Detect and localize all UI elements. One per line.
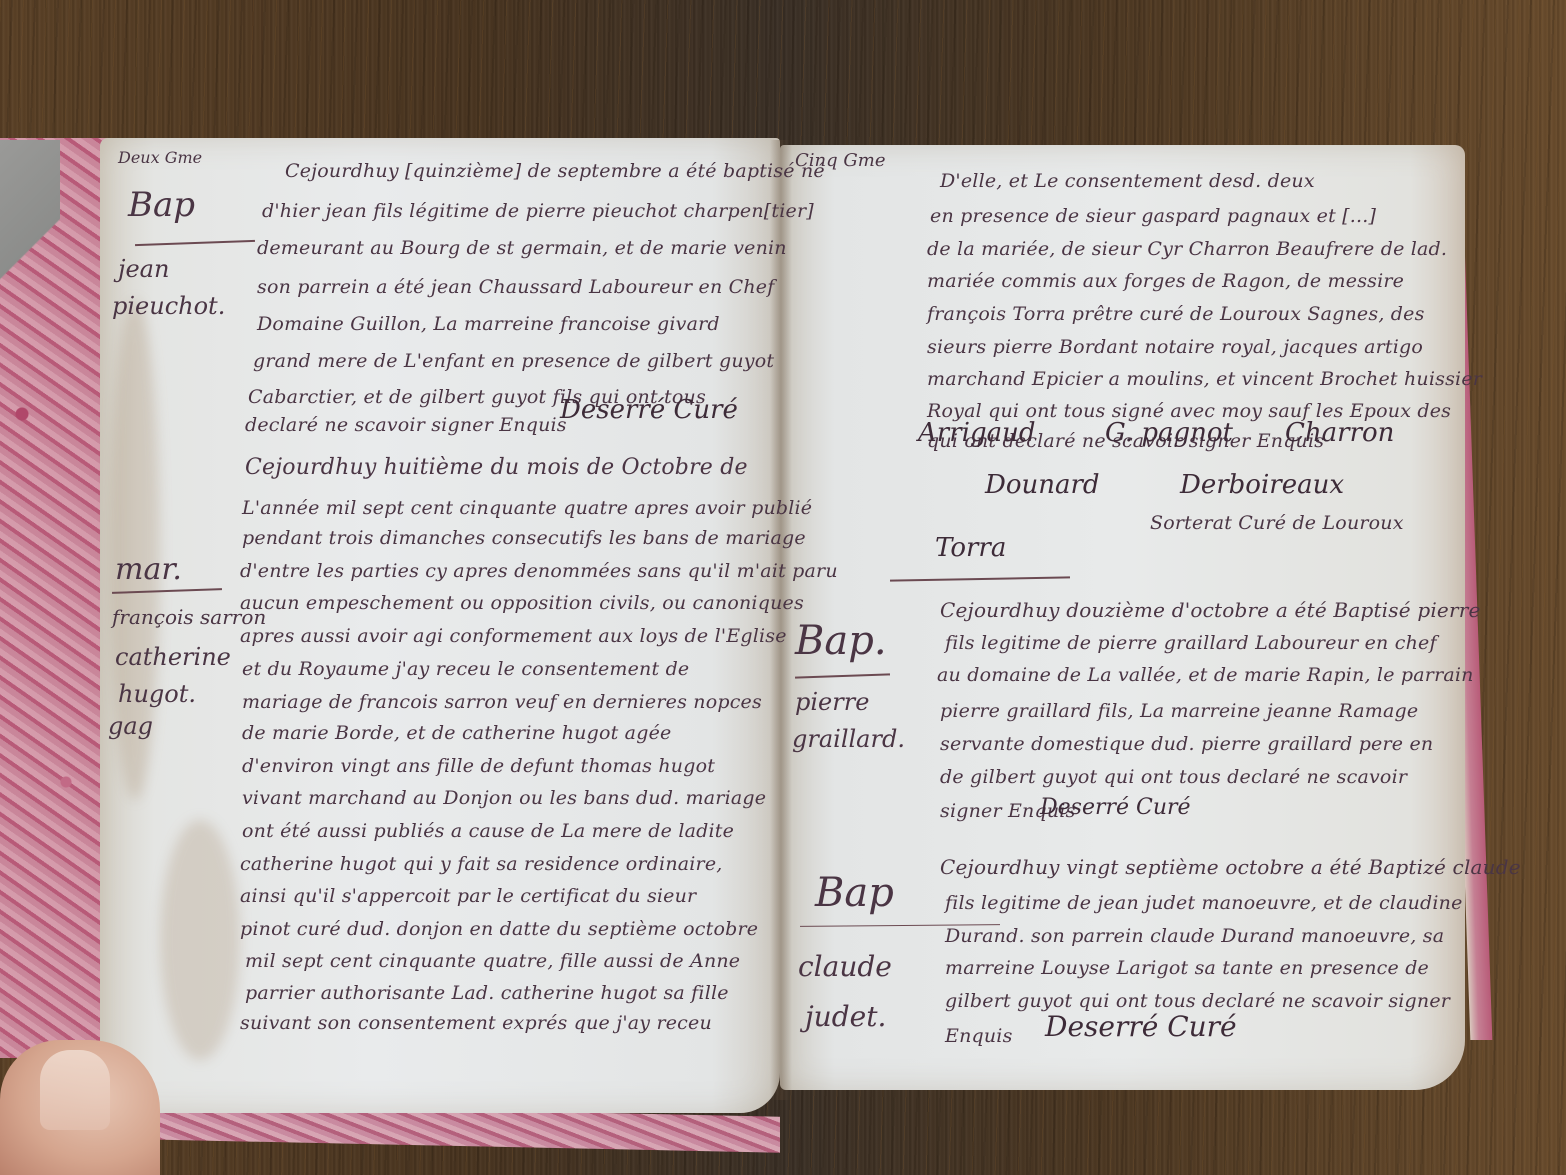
margin-name: pierre bbox=[795, 688, 869, 716]
text-line: en presence de sieur gaspard pagnaux et … bbox=[930, 205, 1376, 227]
margin-name: hugot. bbox=[118, 680, 196, 708]
text-line: d'environ vingt ans fille de defunt thom… bbox=[242, 755, 715, 777]
margin-bap: Bap. bbox=[795, 618, 887, 664]
signature: Torra bbox=[935, 533, 1006, 563]
text-line: fils legitime de jean judet manoeuvre, e… bbox=[945, 892, 1463, 914]
text-line: catherine hugot qui y fait sa residence … bbox=[240, 853, 723, 875]
margin-name: pieuchot. bbox=[112, 292, 225, 320]
margin-name: claude bbox=[798, 950, 892, 983]
margin-name: jean bbox=[118, 255, 169, 283]
signature: Dounard bbox=[985, 470, 1100, 500]
text-line: aucun empeschement ou opposition civils,… bbox=[240, 592, 804, 614]
text-line: Cejourdhuy huitième du mois de Octobre d… bbox=[245, 455, 748, 480]
text-line: servante domestique dud. pierre graillar… bbox=[940, 733, 1433, 755]
margin-mar: mar. bbox=[115, 552, 182, 587]
water-stain bbox=[160, 820, 240, 1060]
text-line: marchand Epicier a moulins, et vincent B… bbox=[927, 368, 1482, 390]
signature-cure: Deserré Curé bbox=[560, 395, 738, 425]
cover-corner-cloth bbox=[0, 140, 60, 310]
text-line: au domaine de La vallée, et de marie Rap… bbox=[937, 664, 1474, 686]
text-line: apres aussi avoir agi conformement aux l… bbox=[240, 625, 787, 647]
text-line: pierre graillard fils, La marreine jeann… bbox=[940, 700, 1418, 722]
text-line: suivant son consentement exprés que j'ay… bbox=[240, 1012, 712, 1034]
text-line: grand mere de L'enfant en presence de gi… bbox=[253, 350, 774, 372]
text-line: gilbert guyot qui ont tous declaré ne sc… bbox=[945, 990, 1450, 1012]
text-line: son parrein a été jean Chaussard Laboure… bbox=[257, 276, 774, 298]
text-line: ont été aussi publiés a cause de La mere… bbox=[242, 820, 734, 842]
margin-name: judet. bbox=[805, 1000, 886, 1033]
text-line: vivant marchand au Donjon ou les bans du… bbox=[242, 787, 766, 809]
signature-cure: Deserré Curé bbox=[1045, 1010, 1237, 1043]
signature: Arrigaud bbox=[918, 418, 1035, 448]
text-line: Domaine Guillon, La marreine francoise g… bbox=[257, 313, 720, 335]
text-line: L'année mil sept cent cinquante quatre a… bbox=[242, 497, 812, 519]
text-line: fils legitime de pierre graillard Labour… bbox=[945, 632, 1437, 654]
text-line: mil sept cent cinquante quatre, fille au… bbox=[245, 950, 740, 972]
margin-bap: Bap bbox=[128, 185, 195, 225]
text-line: D'elle, et Le consentement desd. deux bbox=[940, 170, 1315, 192]
text-line: de marie Borde, et de catherine hugot ag… bbox=[242, 722, 671, 744]
text-line: ainsi qu'il s'appercoit par le certifica… bbox=[240, 885, 696, 907]
text-line: declaré ne scavoir signer Enquis bbox=[245, 414, 567, 436]
text-line: d'entre les parties cy apres denommées s… bbox=[240, 560, 838, 582]
text-line: mariage de francois sarron veuf en derni… bbox=[242, 691, 762, 713]
margin-name: graillard. bbox=[792, 725, 905, 753]
signature: Derboireaux bbox=[1180, 470, 1344, 500]
text-line: pendant trois dimanches consecutifs les … bbox=[242, 527, 806, 549]
text-line: Cejourdhuy [quinzième] de septembre a ét… bbox=[285, 160, 825, 182]
text-line: françois Torra prêtre curé de Louroux Sa… bbox=[927, 303, 1425, 325]
signature-cure: Sorterat Curé de Louroux bbox=[1150, 512, 1404, 534]
text-line: Durand. son parrein claude Durand manoeu… bbox=[945, 925, 1444, 947]
text-line: Cejourdhuy douzième d'octobre a été Bapt… bbox=[940, 598, 1481, 622]
margin-bap: Bap bbox=[815, 870, 894, 916]
text-line: demeurant au Bourg de st germain, et de … bbox=[257, 237, 787, 259]
text-line: de gilbert guyot qui ont tous declaré ne… bbox=[940, 766, 1407, 788]
text-line: Cejourdhuy vingt septième octobre a été … bbox=[940, 855, 1521, 879]
text-line: d'hier jean fils légitime de pierre pieu… bbox=[262, 200, 814, 222]
thumbnail-nail bbox=[40, 1050, 110, 1130]
text-line: mariée commis aux forges de Ragon, de me… bbox=[927, 270, 1404, 292]
left-corner-note: Deux Gme bbox=[118, 148, 202, 167]
text-line: et du Royaume j'ay receu le consentement… bbox=[242, 658, 689, 680]
margin-name: gag bbox=[108, 712, 153, 740]
right-corner-note: Cinq Gme bbox=[795, 150, 885, 171]
signature-cure: Deserré Curé bbox=[1040, 795, 1191, 820]
text-line: pinot curé dud. donjon en datte du septi… bbox=[240, 918, 758, 940]
text-line: sieurs pierre Bordant notaire royal, jac… bbox=[927, 336, 1423, 358]
text-line: Enquis bbox=[945, 1025, 1013, 1047]
signature: G. pagnot bbox=[1105, 418, 1233, 448]
text-line: parrier authorisante Lad. catherine hugo… bbox=[245, 982, 729, 1004]
signature: Charron bbox=[1285, 418, 1394, 448]
text-line: de la mariée, de sieur Cyr Charron Beauf… bbox=[927, 238, 1447, 260]
text-line: marreine Louyse Larigot sa tante en pres… bbox=[945, 957, 1429, 979]
margin-name: catherine bbox=[115, 643, 231, 671]
